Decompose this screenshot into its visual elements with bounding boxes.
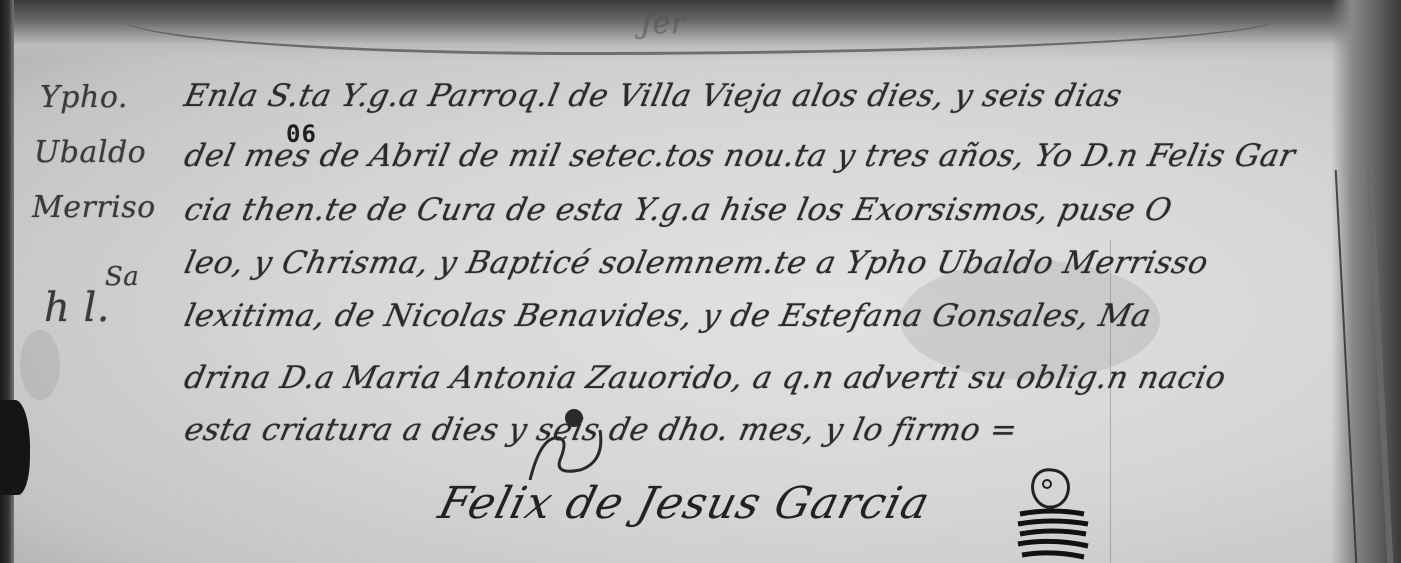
signature-rubric xyxy=(1012,462,1092,563)
manuscript-scan: Jer Ypho. Ubaldo Merriso h l. Sa 06 Enla… xyxy=(0,0,1401,563)
margin-line: Ypho. xyxy=(40,80,128,115)
margin-line: Merriso xyxy=(32,190,156,225)
body-line: Enla S.ta Y.g.a Parroq.l de Villa Vieja … xyxy=(181,78,1125,114)
ink-blot xyxy=(0,400,30,495)
signature: Felix de Jesus Garcia xyxy=(434,478,936,529)
faint-ruled-line xyxy=(1110,240,1111,563)
margin-line: h l. xyxy=(44,285,110,331)
body-line: cia then.te de Cura de esta Y.g.a hise l… xyxy=(181,192,1175,228)
body-line: drina D.a Maria Antonia Zauorido, a q.n … xyxy=(181,360,1229,396)
body-line: lexitima, de Nicolas Benavides, y de Est… xyxy=(181,298,1154,334)
top-edge-fragment: Jer xyxy=(640,6,686,41)
body-line: del mes de Abril de mil setec.tos nou.ta… xyxy=(181,138,1298,174)
margin-line: Ubaldo xyxy=(34,135,146,170)
paper-stain xyxy=(20,330,60,400)
margin-line: Sa xyxy=(105,262,139,292)
ink-flourish xyxy=(500,400,620,490)
body-line: leo, y Chrisma, y Bapticé solemnem.te a … xyxy=(181,245,1211,281)
